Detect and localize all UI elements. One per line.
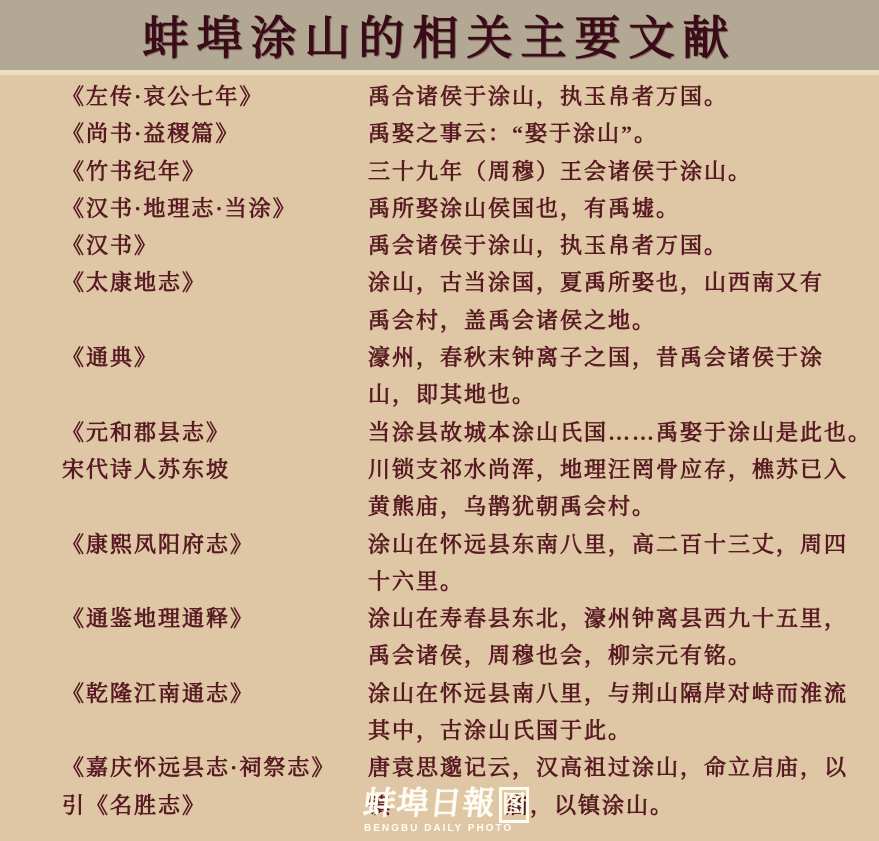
source-cell: 《竹书纪年》 [0,153,368,190]
quote-cell: 涂山在怀远县东南八里，高二百十三丈，周四 十六里。 [368,526,879,601]
quote-cell: 川锁支祁水尚浑，地理汪罔骨应存，樵苏已入 黄熊庙，乌鹊犹朝禹会村。 [368,451,879,526]
source-title: 《元和郡县志》 [62,414,368,451]
literature-table: 《左传·哀公七年》 禹合诸侯于涂山，执玉帛者万国。 《尚书·益稷篇》 禹娶之事云… [0,75,879,824]
document-page: 蚌埠涂山的相关主要文献 《左传·哀公七年》 禹合诸侯于涂山，执玉帛者万国。 《尚… [0,0,879,841]
watermark-english-text: BENGBU DAILY PHOTO [364,823,524,834]
source-title: 引《名胜志》 [62,787,368,824]
table-row: 《竹书纪年》 三十九年（周穆）王会诸侯于涂山。 [0,153,879,190]
quote-line: 禹合诸侯于涂山，执玉帛者万国。 [368,78,873,115]
quote-line: 黄熊庙，乌鹊犹朝禹会村。 [368,488,873,525]
table-row: 《嘉庆怀远县志·祠祭志》 引《名胜志》 唐袁思邈记云，汉高祖过涂山，命立启庙，以… [0,749,879,824]
source-cell: 《左传·哀公七年》 [0,78,368,115]
source-title: 《康熙凤阳府志》 [62,526,368,563]
source-cell: 《康熙凤阳府志》 [0,526,368,563]
quote-fragment-after-watermark: 庙，以镇涂山。 [506,793,674,818]
source-cell: 《元和郡县志》 [0,414,368,451]
quote-line: 禹会村，盖禹会诸侯之地。 [368,302,873,339]
table-row: 《元和郡县志》 当涂县故城本涂山氏国……禹娶于涂山是此也。 [0,414,879,451]
source-title: 《通鉴地理通释》 [62,600,368,637]
table-row: 《乾隆江南通志》 涂山在怀远县南八里，与荆山隔岸对峙而淮流 其中，古涂山氏国于此… [0,675,879,750]
quote-cell: 涂山在寿春县东北，濠州钟离县西九十五里， 禹会诸侯，周穆也会，柳宗元有铭。 [368,600,879,675]
source-title: 《竹书纪年》 [62,153,368,190]
title-banner: 蚌埠涂山的相关主要文献 [0,0,879,75]
table-row: 《汉书》 禹会诸侯于涂山，执玉帛者万国。 [0,227,879,264]
quote-line: 禹所娶涂山侯国也，有禹墟。 [368,190,873,227]
page-title: 蚌埠涂山的相关主要文献 [143,2,737,68]
source-cell: 《汉书》 [0,227,368,264]
quote-fragment-before-watermark: 镇 [368,793,392,818]
source-title: 《太康地志》 [62,264,368,301]
table-row: 《左传·哀公七年》 禹合诸侯于涂山，执玉帛者万国。 [0,78,879,115]
quote-line: 其中，古涂山氏国于此。 [368,712,873,749]
source-title: 《汉书》 [62,227,368,264]
source-title: 《左传·哀公七年》 [62,78,368,115]
quote-line: 濠州，春秋末钟离子之国，昔禹会诸侯于涂 [368,339,873,376]
quote-line: 涂山在怀远县南八里，与荆山隔岸对峙而淮流 [368,675,873,712]
source-cell: 宋代诗人苏东坡 [0,451,368,488]
quote-cell: 濠州，春秋末钟离子之国，昔禹会诸侯于涂 山，即其地也。 [368,339,879,414]
quote-line: 川锁支祁水尚浑，地理汪罔骨应存，樵苏已入 [368,451,873,488]
quote-cell: 三十九年（周穆）王会诸侯于涂山。 [368,153,879,190]
source-title: 《嘉庆怀远县志·祠祭志》 [62,749,368,786]
quote-line-partially-covered: 镇庙，以镇涂山。 [368,787,873,824]
quote-line: 禹娶之事云：“娶于涂山”。 [368,115,873,152]
quote-cell: 唐袁思邈记云，汉高祖过涂山，命立启庙，以 镇庙，以镇涂山。 [368,749,879,824]
source-cell: 《通鉴地理通释》 [0,600,368,637]
quote-line: 三十九年（周穆）王会诸侯于涂山。 [368,153,873,190]
table-row: 《通鉴地理通释》 涂山在寿春县东北，濠州钟离县西九十五里， 禹会诸侯，周穆也会，… [0,600,879,675]
quote-line: 十六里。 [368,563,873,600]
source-cell: 《尚书·益稷篇》 [0,115,368,152]
source-cell: 《嘉庆怀远县志·祠祭志》 引《名胜志》 [0,749,368,824]
quote-cell: 禹合诸侯于涂山，执玉帛者万国。 [368,78,879,115]
quote-cell: 涂山，古当涂国，夏禹所娶也，山西南又有 禹会村，盖禹会诸侯之地。 [368,264,879,339]
quote-line: 涂山在寿春县东北，濠州钟离县西九十五里， [368,600,873,637]
table-row: 《太康地志》 涂山，古当涂国，夏禹所娶也，山西南又有 禹会村，盖禹会诸侯之地。 [0,264,879,339]
source-title: 《尚书·益稷篇》 [62,115,368,152]
quote-line: 涂山，古当涂国，夏禹所娶也，山西南又有 [368,264,873,301]
quote-line: 禹会诸侯，周穆也会，柳宗元有铭。 [368,637,873,674]
quote-line: 唐袁思邈记云，汉高祖过涂山，命立启庙，以 [368,749,873,786]
table-row: 《汉书·地理志·当涂》 禹所娶涂山侯国也，有禹墟。 [0,190,879,227]
source-cell: 《乾隆江南通志》 [0,675,368,712]
quote-line: 涂山在怀远县东南八里，高二百十三丈，周四 [368,526,873,563]
table-row: 《尚书·益稷篇》 禹娶之事云：“娶于涂山”。 [0,115,879,152]
quote-cell: 禹会诸侯于涂山，执玉帛者万国。 [368,227,879,264]
source-title: 《通典》 [62,339,368,376]
source-title: 宋代诗人苏东坡 [62,451,368,488]
table-row: 《通典》 濠州，春秋末钟离子之国，昔禹会诸侯于涂 山，即其地也。 [0,339,879,414]
table-row: 宋代诗人苏东坡 川锁支祁水尚浑，地理汪罔骨应存，樵苏已入 黄熊庙，乌鹊犹朝禹会村… [0,451,879,526]
table-row: 《康熙凤阳府志》 涂山在怀远县东南八里，高二百十三丈，周四 十六里。 [0,526,879,601]
source-cell: 《通典》 [0,339,368,376]
source-title: 《乾隆江南通志》 [62,675,368,712]
quote-cell: 当涂县故城本涂山氏国……禹娶于涂山是此也。 [368,414,879,451]
quote-line: 当涂县故城本涂山氏国……禹娶于涂山是此也。 [368,414,873,451]
source-cell: 《汉书·地理志·当涂》 [0,190,368,227]
quote-cell: 禹所娶涂山侯国也，有禹墟。 [368,190,879,227]
quote-cell: 涂山在怀远县南八里，与荆山隔岸对峙而淮流 其中，古涂山氏国于此。 [368,675,879,750]
quote-line: 禹会诸侯于涂山，执玉帛者万国。 [368,227,873,264]
quote-cell: 禹娶之事云：“娶于涂山”。 [368,115,879,152]
source-cell: 《太康地志》 [0,264,368,301]
source-title: 《汉书·地理志·当涂》 [62,190,368,227]
quote-line: 山，即其地也。 [368,376,873,413]
